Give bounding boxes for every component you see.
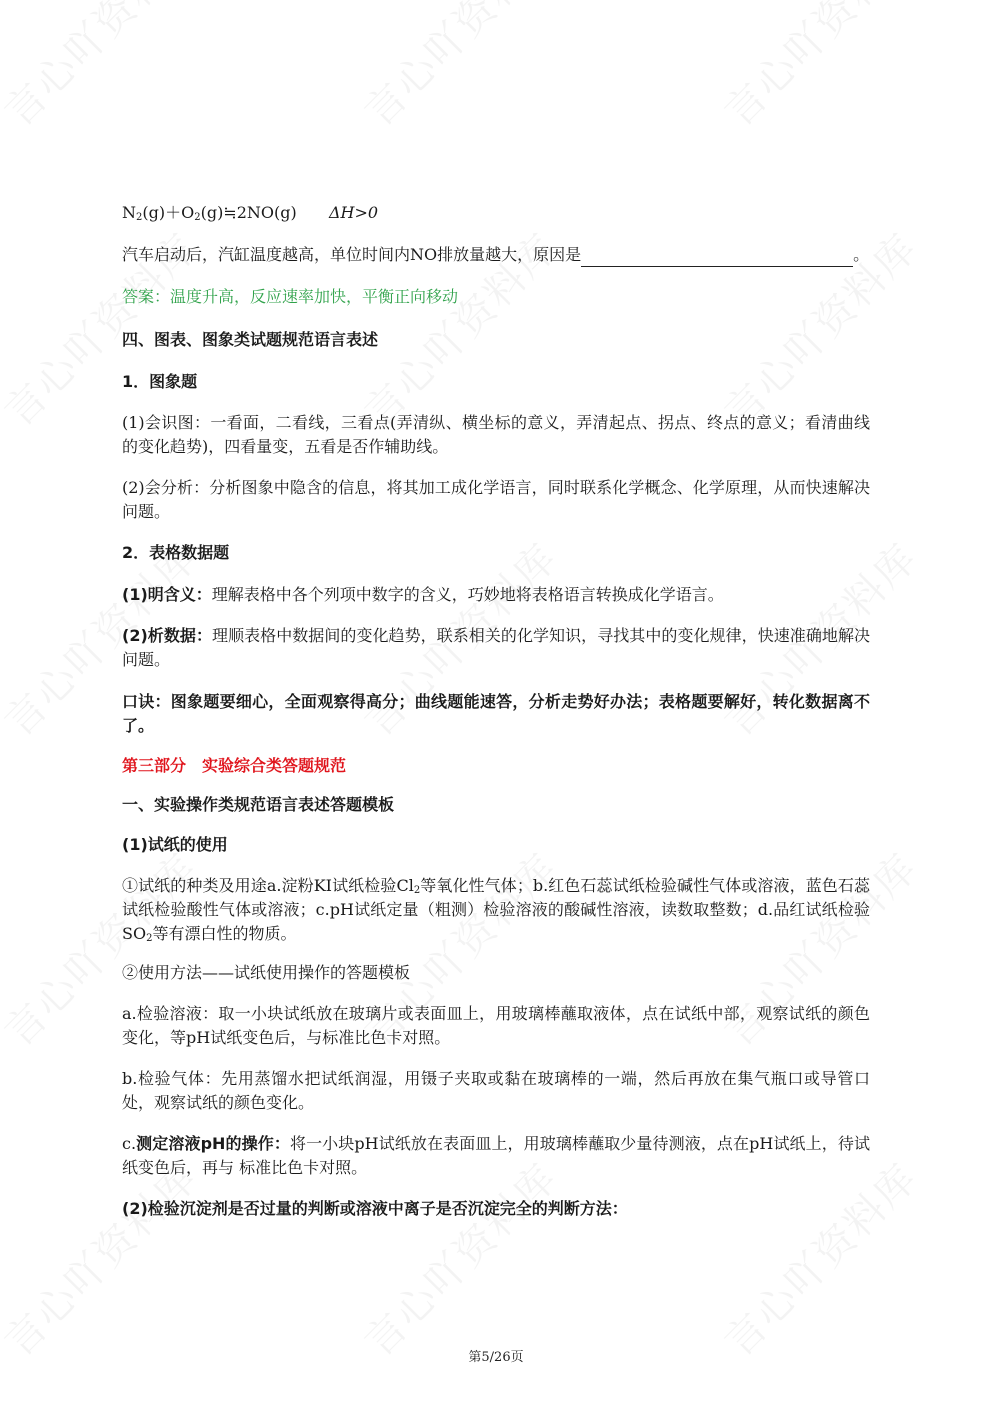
equation-part: N [122, 203, 136, 222]
paragraph-text: 等有漂白性的物质。 [152, 924, 296, 943]
part-3-title: 第三部分 实验综合类答题规范 [122, 754, 872, 778]
paragraph-read-graph: (1)会识图：一看面，二看线，三看点(弄清纵、横坐标的意义，弄清起点、拐点、终点… [122, 411, 870, 459]
paragraph-label: (1)明含义： [122, 585, 212, 604]
mnemonic: 口诀：图象题要细心，全面观察得高分；曲线题能速答，分析走势好办法；表格题要解好，… [122, 690, 870, 738]
chemical-equation: N2(g)＋O2(g)≒2NO(g) ΔH>0 [122, 201, 872, 225]
paragraph-test-gas: b.检验气体：先用蒸馏水把试纸润湿，用镊子夹取或黏在玻璃棒的一端，然后再放在集气… [122, 1067, 870, 1115]
item-2-title: (2)检验沉淀剂是否过量的判断或溶液中离子是否沉淀完全的判断方法： [122, 1197, 872, 1221]
paragraph-prefix: c. [122, 1134, 136, 1153]
equation-part: (g)≒2NO(g) [201, 203, 297, 222]
paragraph-label: (2)析数据： [122, 626, 212, 645]
paragraph-analyze-data: (2)析数据：理顺表格中数据间的变化趋势，联系相关的化学知识，寻找其中的变化规律… [122, 624, 870, 672]
paragraph-understand-meaning: (1)明含义：理解表格中各个列项中数字的含义，巧妙地将表格语言转换成化学语言。 [122, 583, 870, 607]
document-page: N2(g)＋O2(g)≒2NO(g) ΔH>0 汽车启动后，汽缸温度越高，单位时… [0, 0, 992, 1403]
subsection-2-title: 2．表格数据题 [122, 541, 872, 565]
question-text: 汽车启动后，汽缸温度越高，单位时间内NO排放量越大，原因是 [122, 245, 581, 264]
answer-blank [581, 248, 853, 267]
enthalpy-change: ΔH>0 [329, 203, 378, 222]
section-1-title: 一、实验操作类规范语言表述答题模板 [122, 793, 872, 817]
subsection-1-title: 1．图象题 [122, 370, 872, 394]
paragraph-measure-ph: c.测定溶液pH的操作：将一小块pH试纸放在表面皿上，用玻璃棒蘸取少量待测液，点… [122, 1132, 870, 1180]
paragraph-text: 理解表格中各个列项中数字的含义，巧妙地将表格语言转换成化学语言。 [212, 585, 724, 604]
paragraph-analyze-graph: (2)会分析：分析图象中隐含的信息，将其加工成化学语言，同时联系化学概念、化学原… [122, 476, 870, 524]
page-number: 第5/26页 [0, 1346, 992, 1365]
answer-text: 答案：温度升高，反应速率加快，平衡正向移动 [122, 285, 872, 309]
equation-part: (g)＋O [142, 203, 194, 222]
question-line: 汽车启动后，汽缸温度越高，单位时间内NO排放量越大，原因是。 [122, 243, 872, 267]
paragraph-test-paper-types: ①试纸的种类及用途a.淀粉KI试纸检验Cl2等氧化性气体；b.红色石蕊试纸检验碱… [122, 874, 870, 946]
paragraph-label: 测定溶液pH的操作： [136, 1134, 290, 1153]
question-end-mark: 。 [853, 245, 869, 264]
section-4-title: 四、图表、图象类试题规范语言表述 [122, 328, 872, 352]
item-1-title: (1)试纸的使用 [122, 833, 872, 857]
paragraph-test-solution: a.检验溶液：取一小块试纸放在玻璃片或表面皿上，用玻璃棒蘸取液体，点在试纸中部，… [122, 1002, 870, 1050]
paragraph-text: ①试纸的种类及用途a.淀粉KI试纸检验Cl [122, 876, 414, 895]
paragraph-text: 理顺表格中数据间的变化趋势，联系相关的化学知识，寻找其中的变化规律，快速准确地解… [122, 626, 870, 669]
method-title: ②使用方法——试纸使用操作的答题模板 [122, 961, 872, 985]
